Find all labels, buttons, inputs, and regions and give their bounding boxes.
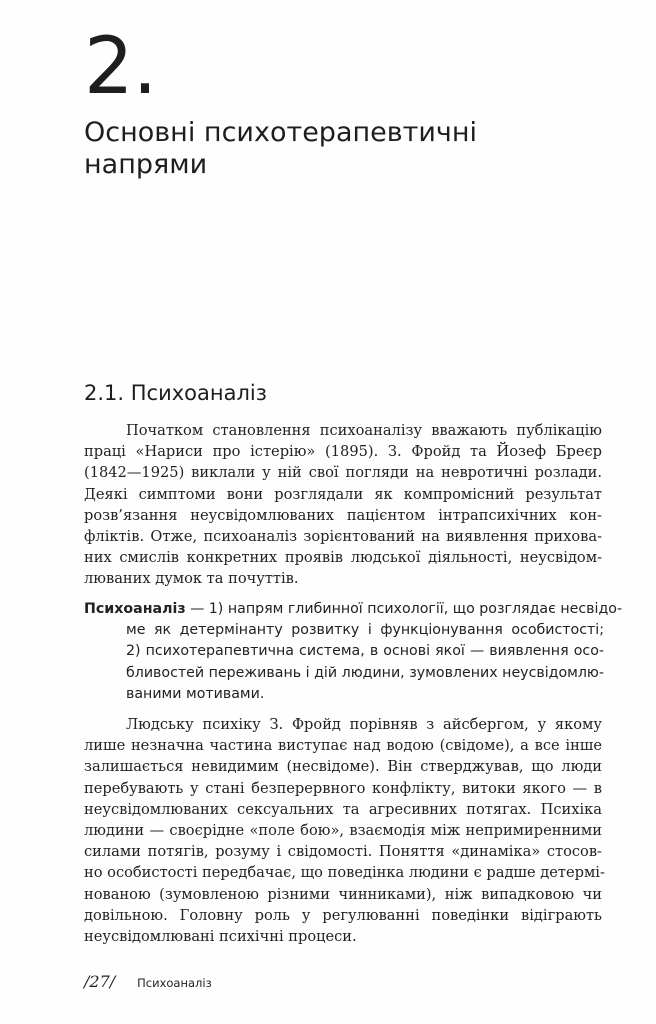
section-title: 2.1. Психоаналіз — [84, 379, 267, 407]
text-line: них смислів конкретних проявів людської … — [84, 547, 602, 568]
running-title: Психоаналіз — [137, 976, 212, 990]
text-line: силами потягів, розуму і свідомості. Пон… — [84, 841, 602, 862]
page-footer: /27/ Психоаналіз — [84, 972, 212, 991]
chapter-title-line: напрями — [84, 149, 604, 181]
text-line: неусвідомлюваних сексуальних та агресивн… — [84, 799, 602, 820]
text-line: довільною. Головну роль у регулюванні по… — [84, 905, 602, 926]
definition-term: Психоаналіз — [84, 601, 186, 617]
page-number: /27/ — [84, 972, 115, 991]
definition-text: — 1) напрям глибинної психології, що роз… — [186, 601, 623, 617]
definition-line: ваними мотивами. — [84, 684, 604, 705]
text-line: залишається невидимим (несвідоме). Він с… — [84, 756, 602, 777]
text-line: нованою (зумовленою різними чинниками), … — [84, 884, 602, 905]
text-line: праці «Нариси про істерію» (1895). З. Фр… — [84, 441, 602, 462]
definition-line: 2) психотерапевтична система, в основі я… — [84, 641, 604, 662]
paragraph-iceberg: Людську психіку З. Фройд порівняв з айсб… — [84, 714, 602, 947]
text-line: лише незначна частина виступає над водою… — [84, 735, 602, 756]
definition-line: бливостей переживань і дій людини, зумов… — [84, 663, 604, 684]
definition-block: Психоаналіз — 1) напрям глибинної психол… — [84, 599, 604, 705]
text-line: но особистості передбачає, що поведінка … — [84, 862, 602, 883]
text-line: неусвідомлювані психічні процеси. — [84, 926, 602, 947]
text-line: людини — своєрідне «поле бою», взаємодія… — [84, 820, 602, 841]
text-line: Людську психіку З. Фройд порівняв з айсб… — [84, 714, 602, 735]
paragraph-intro: Початком становлення психоаналізу вважаю… — [84, 420, 602, 590]
text-line: люваних думок та почуттів. — [84, 568, 602, 589]
chapter-title-line: Основні психотерапевтичні — [84, 117, 604, 149]
text-line: Початком становлення психоаналізу вважаю… — [84, 420, 602, 441]
chapter-title: Основні психотерапевтичні напрями — [84, 117, 604, 181]
text-line: фліктів. Отже, психоаналіз зорієнтований… — [84, 526, 602, 547]
text-line: Деякі симптоми вони розглядали як компро… — [84, 484, 602, 505]
text-line: розв’язання неусвідомлюваних пацієнтом і… — [84, 505, 602, 526]
definition-first-line: Психоаналіз — 1) напрям глибинної психол… — [84, 599, 604, 620]
text-line: перебувають у стані безперервного конфлі… — [84, 778, 602, 799]
chapter-number: 2. — [84, 24, 156, 110]
definition-line: ме як детермінанту розвитку і функціонув… — [84, 620, 604, 641]
text-line: (1842—1925) виклали у ній свої погляди н… — [84, 462, 602, 483]
book-page: 2. Основні психотерапевтичні напрями 2.1… — [0, 0, 656, 1024]
